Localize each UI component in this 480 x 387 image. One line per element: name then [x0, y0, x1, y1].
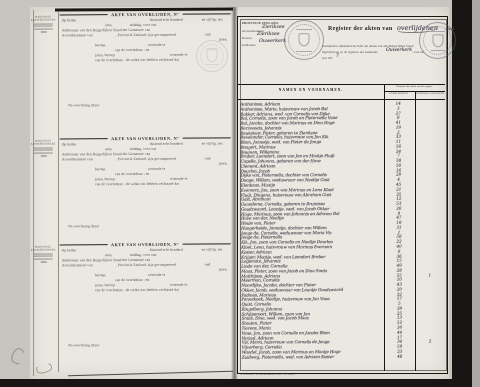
form-line-wonende2: wonende te: [170, 177, 187, 181]
form-header-rule: AKTE VAN OVERLIJDEN, N°: [60, 11, 231, 17]
kanton-value: Zierikzee: [257, 32, 280, 37]
scan-margin-right: [472, 0, 480, 387]
form-title: AKTE VAN OVERLIJDEN, N°: [111, 12, 179, 17]
form-line-op-heden: Op heden: [62, 142, 77, 146]
round-stamp-icon: [284, 20, 324, 60]
column-header-names: NAMEN EN VOORNAMEN.: [238, 88, 384, 92]
marginal-notes-title: MARGINALE AANTEEKENINGEN.: [31, 15, 56, 21]
form-line-provincie: , Provincie Zeeland, zijn gecompareerd: [116, 157, 176, 161]
form-line-uren: uren,: [105, 23, 113, 27]
form-line-beroep: beroep,: [95, 43, 106, 47]
form-line-wonende: wonende te: [148, 273, 165, 277]
marginal-notes-box: MARGINALE AANTEEKENINGEN.: [31, 139, 56, 156]
form-line-jaren-beroep: jaren, beroep: [95, 177, 115, 181]
death-certificate-form-3: AKTE VAN OVERLIJDEN, N° MARGINALE AANTEE…: [30, 241, 234, 368]
form-line-middag: middag, voor ons: [130, 147, 157, 151]
form-line-jaren-beroep: jaren, beroep: [95, 53, 115, 57]
form-title: AKTE VAN OVERLIJDEN, N°: [111, 136, 179, 141]
gemeente-value: Ouwerkerk: [259, 39, 286, 44]
form-line-op-heden: Op heden: [62, 248, 77, 252]
form-line-provincie: , Provincie Zeeland, zijn gecompareerd: [116, 33, 176, 37]
form-line-closing: Na voorlezing dezer: [68, 103, 99, 107]
column-header-overledenen: OVERLEDENEN.: [384, 93, 414, 95]
marginal-notes-box: MARGINALE AANTEEKENINGEN.: [31, 15, 56, 32]
register-subtitle-gemeente: Ouwerkerk: [386, 48, 412, 53]
form-line-op-heden: Op heden: [62, 18, 77, 22]
register-title-handwritten: overlijdenen: [397, 24, 438, 33]
scanner-band-right: [452, 0, 472, 387]
register-subtitle-year-hand: 7: [336, 54, 339, 59]
form-line-vijftig: en vijftig, ten: [202, 141, 223, 145]
form-line-ambtenaar: Ambtenaar van den Burgerlijken Stand der…: [62, 258, 151, 263]
marginal-notes-title: MARGINALE AANTEEKENINGEN.: [31, 139, 56, 145]
scanner-band-bottom: [0, 379, 472, 387]
form-line-jaren-beroep: jaren, beroep: [95, 283, 115, 287]
arrondissement-value: Zierikzee: [262, 25, 285, 30]
form-line-oud: oud: [205, 33, 211, 37]
corner-annotation: Regt: [446, 27, 454, 31]
register-subtitle-line2b: , voor het: [412, 50, 425, 54]
row-act-number-overledenen: 48: [390, 353, 410, 358]
form-header-rule: AKTE VAN OVERLIJDEN, N°: [60, 241, 231, 247]
kanton-label: Kanton: [242, 36, 252, 40]
form-line-overledene-slot: van de overledene , de welke ons hebben …: [95, 58, 179, 63]
form-line-duizend: duizend acht honderd: [150, 248, 183, 252]
form-line-overledene-slot: van de overledene , de welke ons hebben …: [95, 182, 179, 187]
form-line-ambtenaar: Ambtenaar van den Burgerlijken Stand der…: [62, 28, 151, 33]
form-line-uren: uren,: [105, 253, 113, 257]
form-line-jaren: jaren,: [219, 161, 228, 165]
form-line-arrondissement: Arrondissement van: [62, 263, 93, 267]
form-line-overledene-en: van de overledene ; en: [115, 48, 150, 52]
form-line-arrondissement: Arrondissement van: [62, 33, 93, 37]
death-certificate-form-2: AKTE VAN OVERLIJDEN, N° MARGINALE AANTEE…: [30, 135, 234, 248]
register-rows: Anthonisse, Adriaan14Anthonisse, Maria, …: [238, 100, 446, 360]
register-subtitle-line2a: ingeschreven op de registers der Gemeent…: [322, 50, 378, 54]
form-line-wonende2: wonende te: [170, 53, 187, 57]
form-line-provincie: , Provincie Zeeland, zijn gecompareerd: [116, 263, 176, 267]
form-line-closing: Na voorlezing dezer: [68, 343, 99, 347]
form-line-wonende2: wonende te: [170, 283, 187, 287]
marginal-notes-box: MARGINALE AANTEEKENINGEN.: [31, 245, 56, 262]
form-line-overledene-slot: van de overledene , de welke ons hebben …: [95, 288, 179, 293]
register-title-printed: Register der akten van: [328, 26, 393, 32]
printer-imprint: Te Zierikzee, ter boekdrukkerij van P. d…: [240, 373, 296, 376]
column-header-numbers-group: Nommers der akten van het register.: [384, 85, 445, 88]
form-line-arrondissement: Arrondissement van: [62, 157, 93, 161]
form-line-middag: middag, voor ons: [130, 253, 157, 257]
form-line-middag: middag, voor ons: [130, 23, 157, 27]
row-name: Zuidweg, Pieternella, wed. van Adriaan K…: [242, 353, 334, 359]
form-line-wonende: wonende te: [148, 167, 165, 171]
scanned-register-spread: AKTE VAN OVERLIJDEN, N° MARGINALE AANTEE…: [0, 0, 480, 387]
register-subtitle-line3a: jaar 185: [322, 56, 333, 60]
marginal-notes-title: MARGINALE AANTEEKENINGEN.: [31, 245, 56, 251]
form-line-oud: oud: [205, 157, 211, 161]
form-line-uren: uren,: [105, 147, 113, 151]
form-line-vijftig: en vijftig, ten: [202, 17, 223, 21]
form-line-overledene-en: van de overledene ; en: [115, 278, 150, 282]
register-subtitle-line3b: .: [340, 56, 341, 60]
form-line-jaren: jaren,: [219, 267, 228, 271]
table-row: Zuidweg, Pieternella, wed. van Adriaan K…: [240, 352, 446, 358]
round-stamp-icon: [196, 40, 228, 72]
form-line-beroep: beroep,: [95, 167, 106, 171]
form-line-vijftig: en vijftig, ten: [202, 247, 223, 251]
form-line-duizend: duizend acht honderd: [150, 18, 183, 22]
form-line-beroep: beroep,: [95, 273, 106, 277]
column-header-levenloos: LEVENLOOS AANGEGEVEN.: [415, 93, 445, 95]
gemeente-label: Gemeente: [242, 43, 256, 47]
form-line-closing: Na voorlezing dezer: [68, 224, 99, 228]
form-line-overledene-en: van de overledene ; en: [115, 172, 150, 176]
form-line-wonende: wonende te: [148, 43, 165, 47]
pencil-scuff-icon: [9, 346, 27, 366]
form-line-duizend: duizend acht honderd: [150, 142, 183, 146]
form-line-ambtenaar: Ambtenaar van den Burgerlijken Stand der…: [62, 152, 151, 157]
form-line-oud: oud: [205, 263, 211, 267]
form-title: AKTE VAN OVERLIJDEN, N°: [111, 242, 179, 247]
form-line-jaren: jaren,: [219, 37, 228, 41]
form-header-rule: AKTE VAN OVERLIJDEN, N°: [60, 135, 231, 141]
